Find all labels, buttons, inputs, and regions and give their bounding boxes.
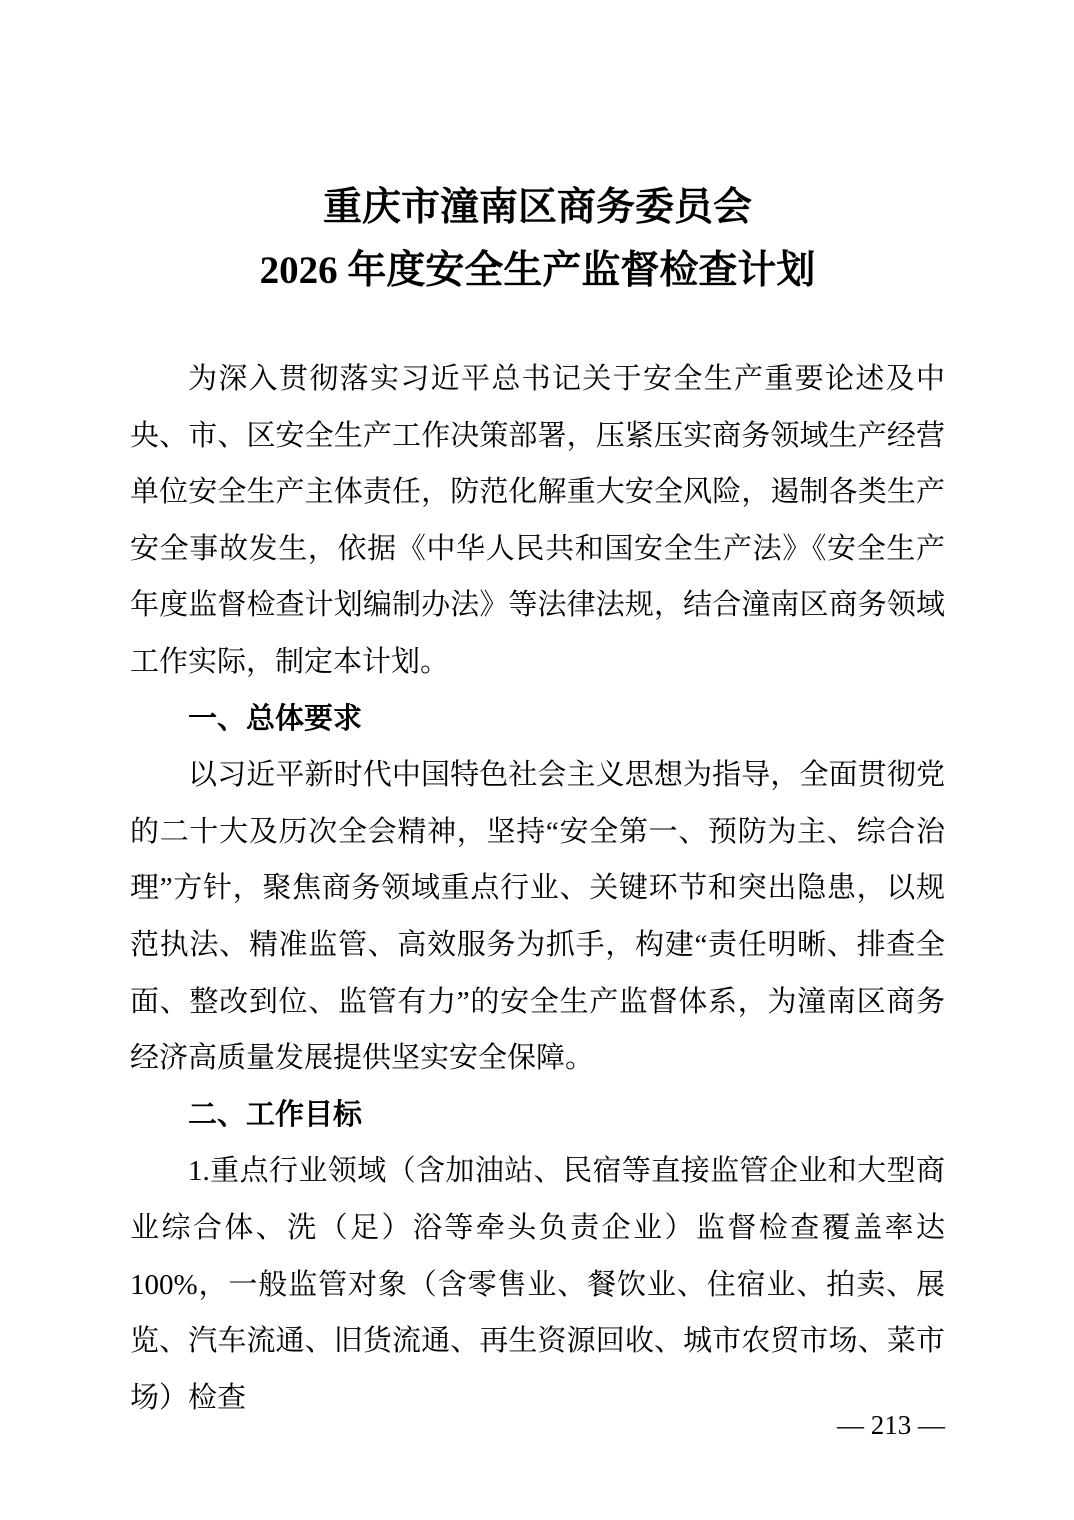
document-content: 重庆市潼南区商务委员会 2026 年度安全生产监督检查计划 为深入贯彻落实习近平… (130, 176, 945, 1426)
intro-paragraph: 为深入贯彻落实习近平总书记关于安全生产重要论述及中央、市、区安全生产工作决策部署… (130, 351, 945, 691)
document-title: 重庆市潼南区商务委员会 2026 年度安全生产监督检查计划 (130, 176, 945, 302)
page-number: — 213 — (837, 1408, 945, 1442)
section-1-heading: 一、总体要求 (130, 691, 945, 748)
title-line-1: 重庆市潼南区商务委员会 (130, 176, 945, 239)
document-page: 重庆市潼南区商务委员会 2026 年度安全生产监督检查计划 为深入贯彻落实习近平… (0, 0, 1074, 1520)
title-line-2: 2026 年度安全生产监督检查计划 (130, 239, 945, 302)
section-2-item-1: 1.重点行业领域（含加油站、民宿等直接监管企业和大型商业综合体、洗（足）浴等牵头… (130, 1143, 945, 1426)
section-2-heading: 二、工作目标 (130, 1087, 945, 1144)
section-1-paragraph: 以习近平新时代中国特色社会主义思想为指导，全面贯彻党的二十大及历次全会精神，坚持… (130, 747, 945, 1087)
